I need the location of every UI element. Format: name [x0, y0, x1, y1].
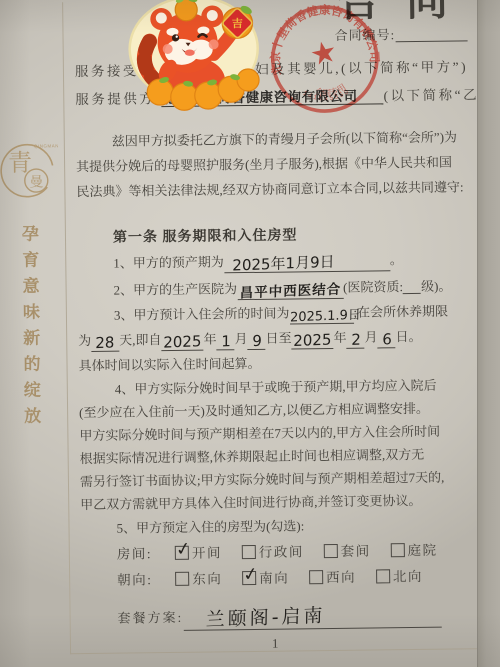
seg-tian: 天,即自 — [119, 332, 161, 348]
contract-photo: 合同 青 曼 QINGMAN 孕育意味新的绽放 合同编号: 服务接受方:产妇及其… — [0, 0, 500, 667]
facing-option-label: 西向 — [326, 570, 356, 585]
room-option-executive: ✓行政间 — [242, 544, 304, 560]
item-4-line-5: 需另行签订书面协议;甲方实际分娩时间与预产期相差超过7天的, — [80, 467, 445, 490]
item-3-prefix: 3、甲方预计入住会所的时间为 — [114, 306, 290, 323]
check-mark-icon: ✓ — [174, 538, 194, 561]
year1-handwriting: 2025 — [163, 334, 201, 350]
item-2-prefix: 2、甲方的生产医院为 — [114, 281, 238, 298]
days-blank: 28 — [91, 336, 119, 352]
room-option-label: 开间 — [192, 545, 222, 560]
room-option-label: 套间 — [341, 544, 371, 559]
item-3-line-1: 3、甲方预计入住会所的时间为2025.1.9日;在会所休养期限 — [78, 301, 448, 328]
checkbox-icon: ✓ — [175, 572, 189, 586]
seg-yue2: 月 — [364, 329, 377, 344]
due-date-blank: 2025年1月9日 — [224, 255, 390, 273]
seg-yue1: 月 — [234, 331, 247, 346]
company-stamp: 北京十里荷香健康咨询有限公司 ★ 合同专用 141045350 — [257, 0, 393, 127]
brand-slogan: 孕育意味新的绽放 — [16, 225, 44, 433]
checkin-date-blank: 2025.1.9日 — [289, 308, 353, 325]
check-mark-icon: ✓ — [242, 563, 262, 586]
seg-nian1: 年 — [203, 331, 216, 346]
day1-blank: 9 — [247, 334, 265, 350]
checkbox-icon: ✓ — [175, 546, 189, 560]
logo-latin-text: QINGMAN — [34, 143, 59, 148]
preamble-line-2: 其提供分娩后的母婴照护服务(坐月子服务),根据《中华人民共和国 — [76, 152, 452, 176]
month1-blank: 1 — [216, 334, 234, 350]
checkbox-icon: ✓ — [242, 571, 256, 585]
package-label: 套餐方案: — [118, 610, 184, 626]
day2-blank: 6 — [378, 332, 396, 348]
day2-handwriting: 6 — [382, 332, 392, 347]
year2-handwriting: 2025 — [293, 332, 331, 348]
seg-rizhi: 日至 — [265, 330, 291, 345]
facing-option-east: ✓东向 — [175, 571, 222, 587]
hospital-grade-blank — [403, 278, 421, 294]
orange-on-head-icon — [175, 0, 197, 21]
logo-char-man: 曼 — [29, 175, 43, 191]
frame-left-line — [62, 2, 71, 654]
room-row-label: 房间: — [117, 546, 152, 561]
item-4-line-6: 甲乙双方需就甲方具体入住时间进行协商,并签订变更协议。 — [80, 490, 421, 513]
day1-handwriting: 9 — [252, 334, 262, 349]
page-number: 1 — [272, 636, 279, 652]
due-date-handwriting: 2025年1月9日 — [232, 255, 334, 274]
month2-handwriting: 2 — [351, 333, 361, 348]
year2-blank: 2025 — [291, 333, 333, 350]
paper-page: 合同 青 曼 QINGMAN 孕育意味新的绽放 合同编号: 服务接受方:产妇及其… — [0, 0, 500, 667]
facing-option-south: ✓南向 — [242, 571, 289, 587]
item-3-line-3: 具体时间以实际入住时间起算。 — [78, 353, 260, 374]
facing-option-label: 南向 — [259, 571, 289, 586]
item-4-line-3: 甲方实际分娩时间与预产期相差在7天以内的,甲方入住会所时间 — [79, 421, 440, 444]
package-handwriting: 兰颐阁-启南 — [205, 607, 325, 631]
checkbox-icon: ✓ — [242, 545, 256, 559]
item-4-line-1: 4、甲方实际分娩时间早于或晚于预产期,甲方均应入院后 — [79, 375, 437, 398]
year1-blank: 2025 — [161, 335, 203, 352]
item-3-suffix-1: ;在会所休养期限 — [353, 304, 448, 320]
item-4-line-4: 根据实际情况进行调整,休养期限起止时间也相应调整,双方无 — [80, 444, 425, 467]
item-5-heading: 5、甲方预定入住的房型为(勾选): — [80, 515, 304, 537]
item-1-suffix: 。 — [390, 252, 403, 267]
svg-text:吉: 吉 — [232, 16, 243, 30]
item-2-mid: (医院资质: — [343, 279, 403, 295]
section-1-heading: 第一条 服务期限和入住房型 — [113, 224, 298, 246]
item-1-row: 1、甲方的预产期为2025年1月9日。 — [77, 249, 403, 275]
facing-option-label: 东向 — [192, 571, 222, 586]
preamble-line-1: 兹因甲方拟委托乙方旗下的青缦月子会所(以下简称“会所”)为 — [76, 126, 457, 150]
qingman-logo: 青 曼 QINGMAN — [0, 130, 59, 213]
room-option-suite: ✓套间 — [324, 544, 371, 560]
facing-option-north: ✓北向 — [376, 569, 423, 585]
facing-row: 朝向: ✓东向 ✓南向 ✓西向 ✓北向 — [117, 565, 438, 589]
checkbox-icon: ✓ — [324, 544, 338, 558]
item-3-line-2: 为28天,即自2025年1月9日至2025年2月6日。 — [78, 326, 422, 352]
room-option-label: 庭院 — [408, 543, 438, 558]
package-blank: 兰颐阁-启南 — [183, 607, 441, 631]
month1-handwriting: 1 — [221, 334, 231, 349]
red-panda-sticker: 吉 — [123, 0, 266, 114]
item-4-line-2: (至少应在入住前一天)及时通知乙方,以便乙方相应调整安排。 — [79, 398, 429, 421]
room-type-row: 房间: ✓开间 ✓行政间 ✓套间 ✓庭院 — [117, 539, 453, 563]
preamble-line-3: 民法典》等相关法律法规,经双方协商同意订立本合同,以兹共同遵守: — [76, 176, 463, 200]
seg-ri: 日。 — [395, 329, 421, 344]
checkbox-icon: ✓ — [309, 570, 323, 584]
checkin-date-handwriting: 2025.1.9日 — [289, 309, 360, 325]
seg-wei: 为 — [78, 333, 91, 348]
facing-option-west: ✓西向 — [309, 570, 356, 586]
checkbox-icon: ✓ — [376, 569, 390, 583]
room-option-label: 行政间 — [259, 544, 304, 560]
facing-option-label: 北向 — [393, 569, 423, 584]
month2-blank: 2 — [347, 333, 365, 349]
item-1-prefix: 1、甲方的预产期为 — [113, 254, 224, 270]
item-2-row: 2、甲方的生产医院为昌平中西医结合(医院资质:级)。 — [77, 276, 451, 303]
facing-row-label: 朝向: — [117, 572, 152, 587]
room-option-courtyard: ✓庭院 — [391, 543, 438, 559]
hospital-blank: 昌平中西医结合 — [237, 283, 343, 300]
item-2-suffix: 级)。 — [421, 279, 452, 294]
seg-nian2: 年 — [333, 330, 346, 345]
days-handwriting: 28 — [96, 335, 115, 351]
contract-number-blank — [395, 25, 467, 42]
package-row: 套餐方案:兰颐阁-启南 — [118, 604, 442, 632]
paper-right-edge — [477, 0, 500, 667]
stamp-star-icon: ★ — [307, 35, 341, 73]
checkbox-icon: ✓ — [391, 543, 405, 557]
room-option-open: ✓开间 — [175, 545, 222, 561]
hospital-handwriting: 昌平中西医结合 — [239, 284, 341, 301]
